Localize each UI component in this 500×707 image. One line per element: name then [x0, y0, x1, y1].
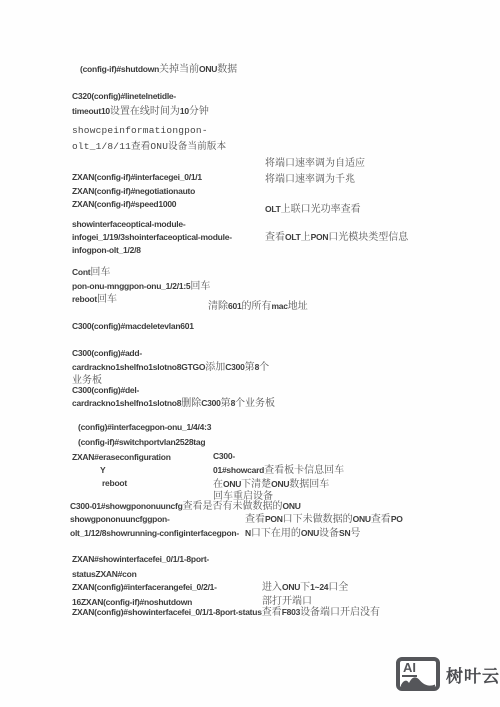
text-line: timeout10设置在线时间为10分钟 [72, 104, 209, 119]
text-line: (config-if)#switchportvlan2528tag [78, 435, 211, 450]
text-segment: 回车 [90, 267, 110, 278]
text-segment: 进入 [262, 582, 282, 593]
text-line: C300(config)#del- [72, 384, 275, 397]
text-segment: C300(config)#macdeletevlan601 [72, 321, 194, 331]
text-segment: PON [311, 232, 329, 242]
text-segment: timeout10 [72, 106, 110, 116]
text-line: C300-01#showgpononuuncfg查看是否有未做数据的ONU [70, 500, 301, 514]
text-segment: 口光模块类型信息 [328, 232, 408, 243]
text-line: showcpeinformationgpon- [72, 123, 226, 139]
text-line: infogei_1/19/3shointerfaceoptical-module… [72, 231, 232, 244]
text-segment: ONU [223, 479, 241, 489]
text-line: ZXAN#eraseconfiguration [72, 451, 171, 465]
text-segment: 将端口速率调为千兆 [265, 174, 355, 185]
text-line: 将端口速率调为千兆 [265, 172, 365, 188]
text-line: Cont回车 [72, 266, 210, 280]
document-body: (config-if)#shutdown关掉当前ONU数据C320(config… [0, 0, 500, 707]
text-line: C320(config)#linetelnetidle- [72, 89, 209, 104]
text-block: ZXAN(config)#showinterfacefei_0/1/1-8por… [72, 606, 380, 620]
text-block: C300(config)#del-cardrackno1shelfno1slot… [72, 384, 275, 410]
text-segment: PO [391, 514, 403, 524]
text-segment: 601 [228, 301, 241, 311]
watermark: AI 树叶云 [396, 657, 500, 691]
text-block: ZXAN(config-if)#interfacegei_0/1/1ZXAN(c… [72, 171, 202, 212]
ai-image-logo-icon: AI [396, 657, 440, 691]
text-block: Y [100, 464, 105, 478]
text-line: C300- [213, 450, 344, 464]
text-segment: 回车 [190, 281, 210, 292]
text-segment: ZXAN(config-if)#negotiationauto [72, 186, 195, 196]
text-segment: 个 [259, 362, 269, 373]
text-block: showgpononuuncfggpon-olt_1/12/8showrunni… [70, 513, 239, 540]
text-segment: 将端口速率调为自适应 [265, 158, 365, 169]
text-block: Cont回车pon-onu-mnggpon-onu_1/2/1:5回车reboo… [72, 266, 210, 307]
text-block: 进入ONU下1~24口全部打开端口 [262, 580, 348, 609]
text-segment: C320(config)#linetelnetidle- [72, 91, 176, 101]
text-block: C300(config)#macdeletevlan601 [72, 320, 194, 334]
text-block: showinterfaceoptical-module-infogei_1/19… [72, 218, 232, 257]
text-line: 查看OLT上PON口光模块类型信息 [265, 231, 408, 245]
text-line: 进入ONU下1~24口全 [262, 580, 348, 595]
text-segment: 清除 [208, 301, 228, 312]
text-segment: 第 [245, 362, 255, 373]
text-segment: 设置在线时间为 [110, 106, 180, 117]
text-segment: infogpon-olt_1/2/8 [72, 245, 141, 255]
text-segment: Cont [72, 267, 90, 277]
text-segment: ONU [271, 479, 289, 489]
text-segment: 添加 [205, 362, 225, 373]
text-line: OLT上联口光功率查看 [265, 203, 361, 217]
text-segment: ZXAN#showinterfacefei_0/1/1-8port- [72, 554, 209, 564]
text-segment: (config-if)#shutdown [80, 64, 159, 74]
text-line: 在ONU下清楚ONU数据回车 [213, 478, 344, 492]
text-segment: C300(config)#add- [72, 348, 142, 358]
text-segment: 第 [221, 398, 231, 409]
text-line: 查看PON口下未做数据的ONU查看PO [245, 513, 403, 527]
text-block: reboot [102, 477, 127, 491]
text-segment: 数据 [217, 64, 237, 75]
text-line: reboot [102, 477, 127, 491]
text-segment: ZXAN#eraseconfiguration [72, 452, 171, 462]
text-segment: C300(config)#del- [72, 385, 139, 395]
text-block: showcpeinformationgpon-olt_1/8/11查看ONU设备… [72, 123, 226, 155]
text-line: ZXAN(config-if)#interfacegei_0/1/1 [72, 171, 202, 185]
text-segment: olt_1/8/11查看ONU设备当前版本 [72, 141, 226, 152]
text-line: ZXAN#showinterfacefei_0/1/1-8port- [72, 552, 209, 567]
text-line: olt_1/12/8showrunning-configinterfacegpo… [70, 527, 239, 541]
text-segment: ONU [199, 64, 217, 74]
text-line: ZXAN(config)#interfacerangefei_0/2/1- [72, 580, 217, 595]
text-segment: showinterfaceoptical-module- [72, 219, 185, 229]
text-segment: 关掉当前 [159, 64, 199, 75]
text-segment: C300- [213, 451, 235, 461]
text-line: ZXAN(config-if)#negotiationauto [72, 185, 202, 199]
text-block: (config)#interfacegpon-onu_1/4/4:3(confi… [78, 420, 211, 450]
text-segment: 个业务板 [235, 398, 275, 409]
text-segment: 口全 [328, 582, 348, 593]
text-segment: 查看是否有未做数据的 [183, 501, 283, 512]
text-line: reboot回车 [72, 293, 210, 307]
text-segment: showcpeinformationgpon- [72, 125, 208, 136]
text-segment: 口下未做数据的 [283, 514, 353, 525]
text-line: (config)#interfacegpon-onu_1/4/4:3 [78, 420, 211, 435]
text-segment: F803 [282, 607, 300, 617]
text-segment: 地址 [288, 301, 308, 312]
text-segment: ZXAN(config-if)#interfacegei_0/1/1 [72, 172, 202, 182]
text-segment: 在 [213, 479, 223, 490]
text-line: 清除601的所有mac地址 [208, 300, 308, 314]
text-line: showgpononuuncfggpon- [70, 513, 239, 527]
text-segment: cardrackno1shelfno1slotno8GTGO [72, 362, 205, 372]
text-line: olt_1/8/11查看ONU设备当前版本 [72, 139, 226, 155]
text-line: 将端口速率调为自适应 [265, 156, 365, 172]
text-segment: 口下在用的 [251, 528, 301, 539]
text-segment: OLT [285, 232, 301, 242]
text-line: showinterfaceoptical-module- [72, 218, 232, 231]
text-segment: 01#showcard [213, 465, 264, 475]
text-line: C300(config)#macdeletevlan601 [72, 320, 194, 334]
text-segment: ZXAN(config-if)#speed1000 [72, 199, 176, 209]
text-segment: 查看 [371, 514, 391, 525]
text-segment: 回车 [97, 294, 117, 305]
text-segment: statusZXAN#con [72, 569, 137, 579]
text-line: Y [100, 464, 105, 478]
text-segment: 号 [350, 528, 360, 539]
text-block: 查看PON口下未做数据的ONU查看PON口下在用的ONU设备SN号 [245, 513, 403, 540]
text-block: C300-01#showcard查看板卡信息回车在ONU下清楚ONU数据回车回车… [213, 450, 344, 504]
text-segment: mac [271, 301, 287, 311]
text-segment: ONU [282, 582, 300, 592]
text-segment: C300 [201, 398, 220, 408]
text-segment: 下清楚 [241, 479, 271, 490]
text-segment: 分钟 [189, 106, 209, 117]
text-segment: reboot [102, 478, 127, 488]
text-segment: 10 [180, 106, 189, 116]
text-block: C300(config)#add-cardrackno1shelfno1slot… [72, 347, 269, 388]
text-segment: OLT [265, 204, 281, 214]
text-segment: (config-if)#switchportvlan2528tag [78, 437, 205, 447]
text-segment: showgpononuuncfggpon- [70, 514, 170, 524]
text-segment: reboot [72, 294, 97, 304]
text-segment: 设备端口开启没有 [300, 607, 380, 618]
text-line: C300(config)#add- [72, 347, 269, 361]
text-segment: ONU [283, 501, 301, 511]
text-line: infogpon-olt_1/2/8 [72, 244, 232, 257]
text-line: ZXAN(config)#showinterfacefei_0/1/1-8por… [72, 606, 380, 620]
text-segment: 1~24 [310, 582, 328, 592]
text-segment: ZXAN(config)#interfacerangefei_0/2/1- [72, 582, 217, 592]
text-block: OLT上联口光功率查看 [265, 203, 361, 217]
text-line: (config-if)#shutdown关掉当前ONU数据 [80, 63, 237, 77]
text-segment: 上联口光功率查看 [281, 204, 361, 215]
watermark-brand: 树叶云 [446, 662, 500, 687]
text-segment: C300 [225, 362, 244, 372]
text-block: ZXAN#showinterfacefei_0/1/1-8port-status… [72, 552, 209, 582]
mountains-icon [400, 672, 436, 688]
text-block: 清除601的所有mac地址 [208, 300, 308, 314]
text-segment: 查看 [262, 607, 282, 618]
text-segment: SN [339, 528, 350, 538]
text-block: (config-if)#shutdown关掉当前ONU数据 [80, 63, 237, 77]
text-segment: 的所有 [241, 301, 271, 312]
text-line: cardrackno1shelfno1slotno8删除C300第8个业务板 [72, 397, 275, 410]
text-segment: ONU [301, 528, 319, 538]
text-segment: Y [100, 465, 105, 475]
text-block: 将端口速率调为自适应将端口速率调为千兆 [265, 156, 365, 188]
text-segment: olt_1/12/8showrunning-configinterfacegpo… [70, 528, 239, 538]
text-segment: pon-onu-mnggpon-onu_1/2/1:5 [72, 281, 190, 291]
text-segment: 上 [301, 232, 311, 243]
text-segment: 下 [300, 582, 310, 593]
text-segment: 查看板卡信息回车 [264, 465, 344, 476]
text-segment: infogei_1/19/3shointerfaceoptical-module… [72, 232, 232, 242]
text-segment: C300-01#showgpononuuncfg [70, 501, 183, 511]
text-segment: 设备 [319, 528, 339, 539]
document-page: { "document": { "background": "#ffffff",… [0, 0, 500, 707]
text-line: cardrackno1shelfno1slotno8GTGO添加C300第8个 [72, 361, 269, 375]
text-line: N口下在用的ONU设备SN号 [245, 527, 403, 541]
text-block: ZXAN#eraseconfiguration [72, 451, 171, 465]
text-block: 查看OLT上PON口光模块类型信息 [265, 231, 408, 245]
text-block: C320(config)#linetelnetidle-timeout10设置在… [72, 89, 209, 119]
text-segment: ONU [353, 514, 371, 524]
text-segment: PON [265, 514, 283, 524]
text-line: pon-onu-mnggpon-onu_1/2/1:5回车 [72, 280, 210, 294]
text-line: ZXAN(config-if)#speed1000 [72, 198, 202, 212]
text-segment: 查看 [245, 514, 265, 525]
text-segment: 删除 [181, 398, 201, 409]
text-segment: 数据回车 [289, 479, 329, 490]
text-segment: (config)#interfacegpon-onu_1/4/4:3 [78, 422, 211, 432]
text-segment: ZXAN(config)#showinterfacefei_0/1/1-8por… [72, 607, 262, 617]
text-block: C300-01#showgpononuuncfg查看是否有未做数据的ONU [70, 500, 301, 514]
text-segment: cardrackno1shelfno1slotno8 [72, 398, 181, 408]
text-segment: 查看 [265, 232, 285, 243]
text-line: 01#showcard查看板卡信息回车 [213, 464, 344, 478]
